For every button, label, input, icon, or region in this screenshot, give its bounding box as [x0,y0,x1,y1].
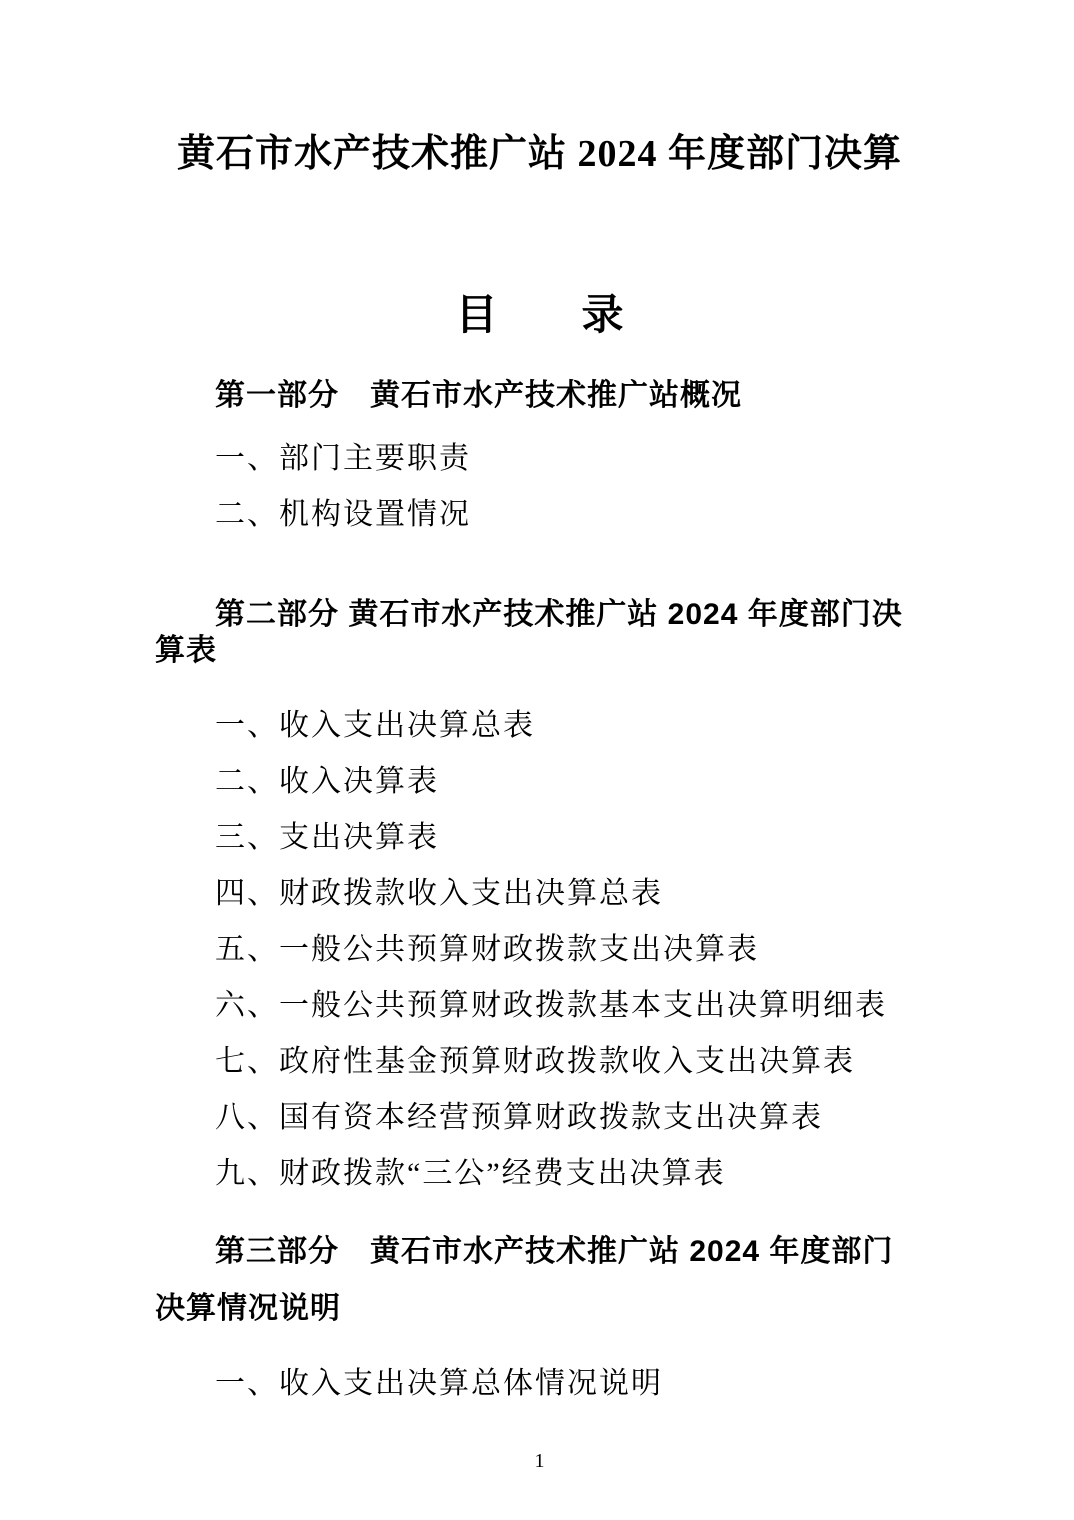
toc-item: 五、一般公共预算财政拨款支出决算表 [155,922,924,978]
page-number: 1 [155,1449,924,1473]
document-title: 黄石市水产技术推广站 2024 年度部门决算 [155,130,924,178]
toc-section-3: 第三部分 黄石市水产技术推广站 2024 年度部门决算情况说明 一、收入支出决算… [155,1223,924,1412]
toc-item: 九、财政拨款“三公”经费支出决算表 [155,1146,924,1202]
toc-item: 三、支出决算表 [155,810,924,866]
section-2-items: 一、收入支出决算总表 二、收入决算表 三、支出决算表 四、财政拨款收入支出决算总… [155,698,924,1202]
toc-item: 一、部门主要职责 [155,431,924,487]
section-1-items: 一、部门主要职责 二、机构设置情况 [155,431,924,543]
toc-item: 二、收入决算表 [155,754,924,810]
toc-item: 七、政府性基金预算财政拨款收入支出决算表 [155,1034,924,1090]
toc-section-2: 第二部分 黄石市水产技术推广站 2024 年度部门决算表 一、收入支出决算总表 … [155,597,924,1202]
toc-item: 一、收入支出决算总体情况说明 [155,1356,924,1412]
toc-title: 目 录 [155,293,924,339]
section-1-heading: 第一部分 黄石市水产技术推广站概况 [155,378,924,414]
section-3-heading: 第三部分 黄石市水产技术推广站 2024 年度部门决算情况说明 [155,1223,924,1337]
toc-item: 六、一般公共预算财政拨款基本支出决算明细表 [155,978,924,1034]
toc-section-1: 第一部分 黄石市水产技术推广站概况 一、部门主要职责 二、机构设置情况 [155,378,924,543]
section-3-items: 一、收入支出决算总体情况说明 [155,1356,924,1412]
toc-item: 一、收入支出决算总表 [155,698,924,754]
toc-item: 四、财政拨款收入支出决算总表 [155,866,924,922]
toc-item: 二、机构设置情况 [155,487,924,543]
document-page: 黄石市水产技术推广站 2024 年度部门决算 目 录 第一部分 黄石市水产技术推… [0,0,1074,1520]
toc-item: 八、国有资本经营预算财政拨款支出决算表 [155,1090,924,1146]
section-2-heading: 第二部分 黄石市水产技术推广站 2024 年度部门决算表 [155,597,924,669]
